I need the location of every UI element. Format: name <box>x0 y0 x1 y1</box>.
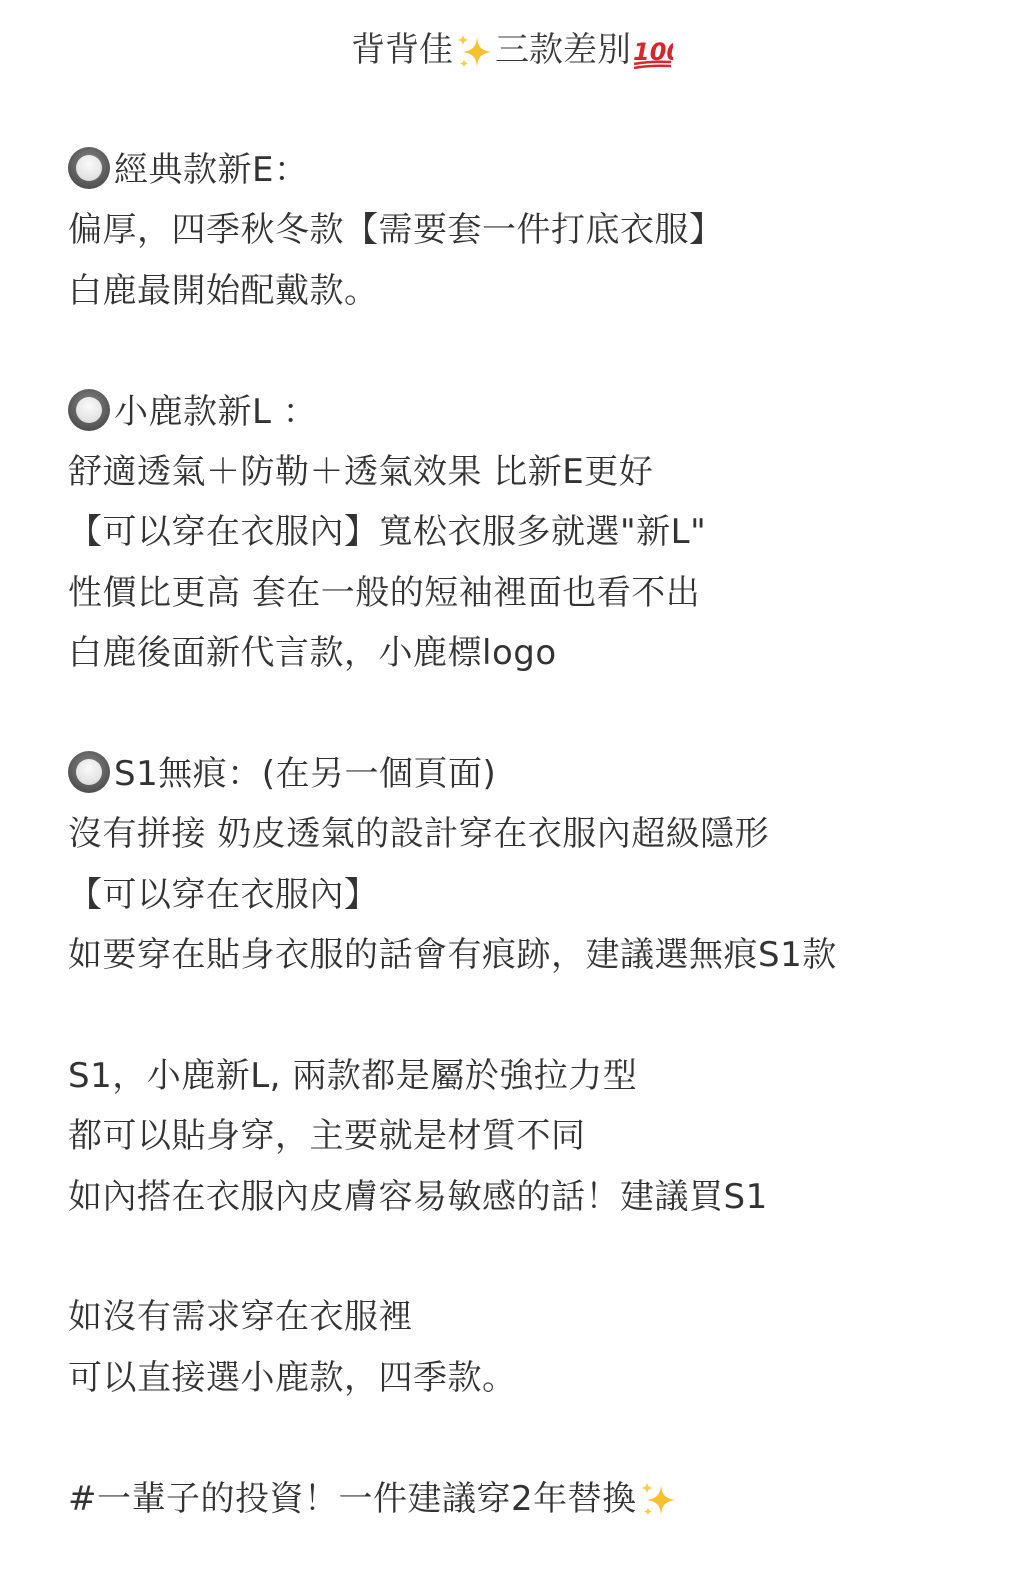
text-line: 如內搭在衣服內皮膚容易敏感的話！建議買S1 <box>68 1167 988 1227</box>
page-title: 背背佳三款差別100 <box>0 24 1024 76</box>
radio-bullet-icon <box>68 751 110 793</box>
text-line: 性價比更高 套在一般的短袖裡面也看不出 <box>68 563 988 623</box>
text-line: S1，小鹿新L, 兩款都是屬於強拉力型 <box>68 1046 988 1106</box>
heading-text: S1無痕：(在另一個頁面) <box>114 754 496 794</box>
section-heading-classic-e: 經典款新E： <box>68 140 988 200</box>
spacer <box>68 684 988 744</box>
radio-bullet-icon <box>68 147 110 189</box>
text-line: 偏厚，四季秋冬款【需要套一件打底衣服】 <box>68 200 988 260</box>
radio-bullet-icon <box>68 389 110 431</box>
section-heading-s1-seamless: S1無痕：(在另一個頁面) <box>68 744 988 804</box>
spacer <box>68 321 988 381</box>
sparkles-icon <box>637 1479 679 1521</box>
text-line: 都可以貼身穿，主要就是材質不同 <box>68 1106 988 1166</box>
spacer <box>68 1408 988 1468</box>
hashtag-text[interactable]: #一輩子的投資！一件建議穿2年替換 <box>68 1479 637 1519</box>
text-line: 舒適透氣＋防勒＋透氣效果 比新E更好 <box>68 442 988 502</box>
text-line: 如要穿在貼身衣服的話會有痕跡，建議選無痕S1款 <box>68 925 988 985</box>
hundred-points-icon: 100 <box>631 31 673 73</box>
text-line: 如沒有需求穿在衣服裡 <box>68 1287 988 1347</box>
spacer <box>68 1227 988 1287</box>
heading-text: 經典款新E： <box>114 150 308 190</box>
post-body: 經典款新E： 偏厚，四季秋冬款【需要套一件打底衣服】 白鹿最開始配戴款。 小鹿款… <box>68 140 988 1529</box>
title-text: 三款差別 <box>495 30 631 70</box>
text-line: 白鹿最開始配戴款。 <box>68 261 988 321</box>
text-line: 【可以穿在衣服內】寬松衣服多就選"新L" <box>68 502 988 562</box>
text-line: 可以直接選小鹿款，四季款。 <box>68 1348 988 1408</box>
section-heading-fawn-l: 小鹿款新L ： <box>68 382 988 442</box>
text-line: 白鹿後面新代言款，小鹿標logo <box>68 623 988 683</box>
spacer <box>68 985 988 1045</box>
text-line: 【可以穿在衣服內】 <box>68 865 988 925</box>
sparkles-icon <box>453 31 495 73</box>
hashtag-line: #一輩子的投資！一件建議穿2年替換 <box>68 1469 988 1529</box>
text-line: 沒有拼接 奶皮透氣的設計穿在衣服內超級隱形 <box>68 804 988 864</box>
title-brand: 背背佳 <box>351 30 453 70</box>
heading-text: 小鹿款新L ： <box>114 392 317 432</box>
